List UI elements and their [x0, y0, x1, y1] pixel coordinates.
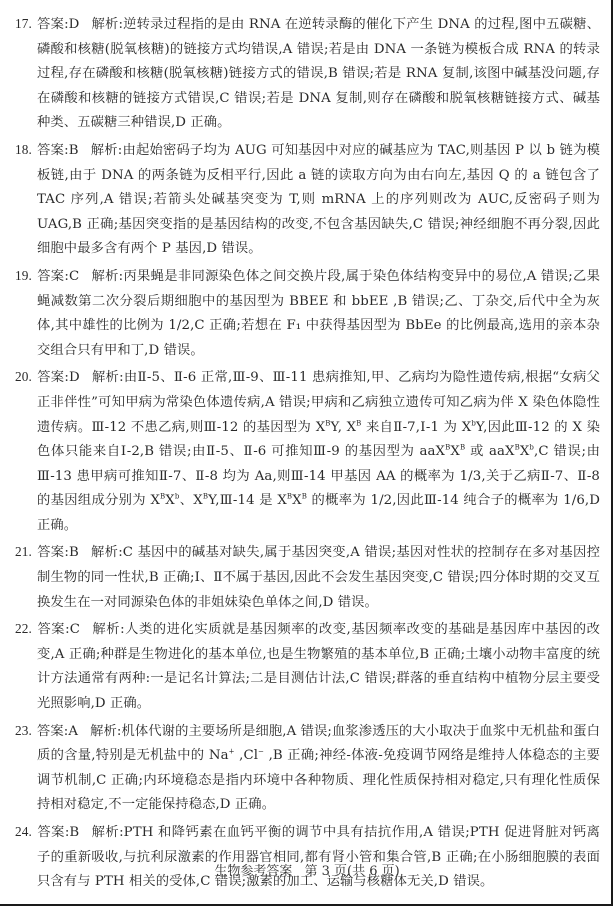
document-page: 17.答案:D解析:逆转录过程指的是由 RNA 在逆转录酶的催化下产生 DNA …: [0, 0, 613, 906]
answer-item-23: 23.答案:A解析:机体代谢的主要场所是细胞,A 错误;血浆渗透压的大小取决于血…: [15, 719, 600, 818]
item-number: 23.: [15, 719, 37, 744]
analysis-text: 解析:由Ⅱ-5、Ⅱ-6 正常,Ⅲ-9、Ⅲ-11 患病推知,甲、乙病均为隐性遗传病…: [37, 370, 600, 533]
answer-label: 答案:B: [37, 545, 79, 560]
item-number: 17.: [15, 12, 37, 37]
item-number: 21.: [15, 540, 37, 565]
answer-item-22: 22.答案:C解析:人类的进化实质就是基因频率的改变,基因频率改变的基础是基因库…: [15, 617, 600, 716]
analysis-text: 解析:C 基因中的碱基对缺失,属于基因突变,A 错误;基因对性状的控制存在多对基…: [37, 545, 600, 609]
analysis-text: 解析:由起始密码子均为 AUG 可知基因中对应的碱基应为 TAC,则基因 P 以…: [37, 143, 600, 256]
item-number: 18.: [15, 138, 37, 163]
analysis-text: 解析:丙果蝇是非同源染色体之间交换片段,属于染色体结构变异中的易位,A 错误;乙…: [37, 269, 600, 358]
answer-item-21: 21.答案:B解析:C 基因中的碱基对缺失,属于基因突变,A 错误;基因对性状的…: [15, 540, 600, 615]
analysis-text: 解析:PTH 和降钙素在血钙平衡的调节中具有拮抗作用,A 错误;PTH 促进肾脏…: [37, 825, 600, 889]
answer-label: 答案:D: [37, 370, 80, 385]
page-footer: 生物参考答案 第 3 页(共 6 页): [0, 860, 614, 879]
analysis-text: 解析:机体代谢的主要场所是细胞,A 错误;血浆渗透压的大小取决于血浆中无机盐和蛋…: [37, 724, 600, 813]
item-number: 20.: [15, 365, 37, 390]
answer-item-24: 24.答案:B解析:PTH 和降钙素在血钙平衡的调节中具有拮抗作用,A 错误;P…: [15, 820, 600, 895]
analysis-text: 解析:逆转录过程指的是由 RNA 在逆转录酶的催化下产生 DNA 的过程,图中五…: [37, 17, 600, 130]
item-number: 19.: [15, 264, 37, 289]
analysis-text: 解析:人类的进化实质就是基因频率的改变,基因频率改变的基础是基因库中基因的改变,…: [37, 622, 600, 711]
answer-label: 答案:C: [37, 269, 79, 284]
answer-item-18: 18.答案:B解析:由起始密码子均为 AUG 可知基因中对应的碱基应为 TAC,…: [15, 138, 600, 262]
answer-item-19: 19.答案:C解析:丙果蝇是非同源染色体之间交换片段,属于染色体结构变异中的易位…: [15, 264, 600, 363]
answer-label: 答案:A: [37, 724, 78, 739]
item-number: 24.: [15, 820, 37, 845]
footer-subject: 生物参考答案: [214, 864, 292, 879]
answer-item-17: 17.答案:D解析:逆转录过程指的是由 RNA 在逆转录酶的催化下产生 DNA …: [15, 12, 600, 136]
answer-label: 答案:C: [37, 622, 80, 637]
answer-label: 答案:B: [37, 143, 79, 158]
item-number: 22.: [15, 617, 37, 642]
answer-item-20: 20.答案:D解析:由Ⅱ-5、Ⅱ-6 正常,Ⅲ-9、Ⅲ-11 患病推知,甲、乙病…: [15, 365, 600, 538]
footer-page-number: 第 3 页(共 6 页): [304, 864, 399, 879]
answer-list: 17.答案:D解析:逆转录过程指的是由 RNA 在逆转录酶的催化下产生 DNA …: [15, 12, 600, 897]
answer-label: 答案:D: [37, 17, 79, 32]
answer-label: 答案:B: [37, 825, 79, 840]
